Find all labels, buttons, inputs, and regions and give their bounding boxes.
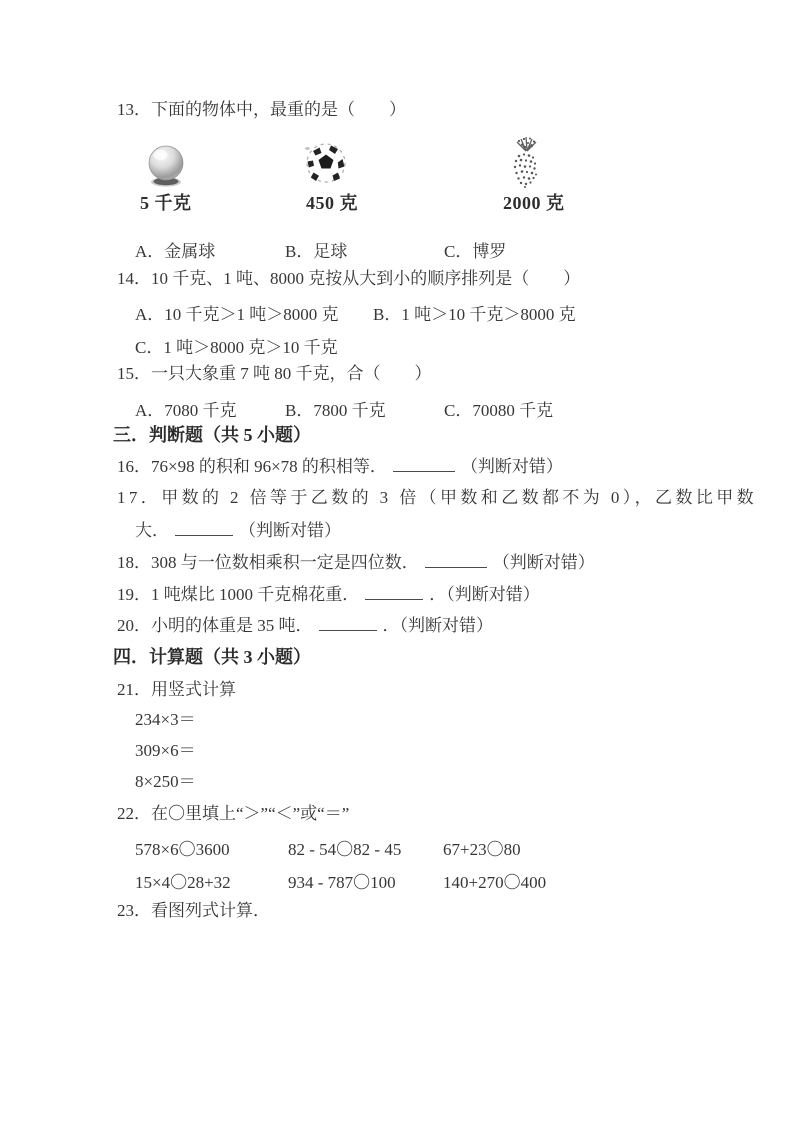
q21-stem: 21．用竖式计算: [117, 679, 236, 700]
q13-stem: 13．下面的物体中，最重的是（ ）: [117, 99, 406, 120]
q13-option-a: A．金属球: [135, 237, 215, 262]
q19-text: 19．1 吨煤比 1000 千克棉花重．: [117, 585, 359, 604]
q17-stem-line1: 17．甲数的 2 倍等于乙数的 3 倍（甲数和乙数都不为 0），乙数比甲数: [117, 487, 757, 508]
q22-stem: 22．在〇里填上“＞”“＜”或“＝”: [117, 803, 349, 824]
q22-item-6: 140+270〇400: [443, 868, 546, 893]
q17-stem-line2: 大．（判断对错）: [135, 520, 341, 541]
q15-option-c: C．70080 千克: [444, 396, 553, 421]
q19-stem: 19．1 吨煤比 1000 千克棉花重．．（判断对错）: [117, 584, 540, 605]
q14-stem: 14．10 千克、1 吨、8000 克按从大到小的顺序排列是（ ）: [117, 268, 580, 289]
q15-stem: 15．一只大象重 7 吨 80 千克，合（ ）: [117, 363, 432, 384]
q13-weight-label-1: 5 千克: [140, 193, 192, 214]
q20-answer-blank: [319, 616, 377, 631]
q21-expression-3: 8×250＝: [135, 771, 196, 792]
q18-stem: 18．308 与一位数相乘积一定是四位数．（判断对错）: [117, 552, 595, 573]
q17-answer-blank: [175, 521, 233, 536]
q15-option-a: A．7080 千克: [135, 396, 237, 421]
q16-text: 16．76×98 的积和 96×78 的积相等．: [117, 457, 387, 476]
q13-weight-label-2: 450 克: [306, 193, 358, 214]
q17-line2-text: 大．: [135, 521, 169, 540]
q14-option-c: C．1 吨＞8000 克＞10 千克: [135, 333, 338, 358]
q14-option-a: A．10 千克＞1 吨＞8000 克: [135, 300, 339, 325]
exam-page: 13．下面的物体中，最重的是（ ）: [0, 0, 793, 1122]
q20-suffix: ．（判断对错）: [383, 616, 494, 635]
q21-expression-1: 234×3＝: [135, 709, 196, 730]
q22-item-2: 82 - 54〇82 - 45: [288, 835, 401, 860]
q19-suffix: ．（判断对错）: [429, 585, 540, 604]
q21-expression-2: 309×6＝: [135, 740, 196, 761]
section-calc-title: 四．计算题（共 3 小题）: [113, 647, 311, 668]
q18-answer-blank: [425, 553, 487, 568]
q14-option-b: B．1 吨＞10 千克＞8000 克: [373, 300, 576, 325]
section-judge-title: 三．判断题（共 5 小题）: [113, 425, 311, 446]
q22-item-3: 67+23〇80: [443, 835, 521, 860]
q20-stem: 20．小明的体重是 35 吨．．（判断对错）: [117, 615, 493, 636]
q13-option-b: B．足球: [285, 237, 347, 262]
q16-suffix: （判断对错）: [461, 457, 563, 476]
metal-ball-icon: [147, 144, 185, 187]
q18-suffix: （判断对错）: [493, 553, 595, 572]
q22-item-4: 15×4〇28+32: [135, 868, 231, 893]
q19-answer-blank: [365, 585, 423, 600]
football-icon: [305, 142, 347, 184]
q13-option-c: C．博罗: [444, 237, 506, 262]
q17-suffix: （判断对错）: [239, 521, 341, 540]
q18-text: 18．308 与一位数相乘积一定是四位数．: [117, 553, 419, 572]
q23-stem: 23．看图列式计算．: [117, 900, 270, 921]
q22-item-5: 934 - 787〇100: [288, 868, 396, 893]
q20-text: 20．小明的体重是 35 吨．: [117, 616, 313, 635]
q15-option-b: B．7800 千克: [285, 396, 386, 421]
scan-speck: [305, 147, 310, 150]
q16-stem: 16．76×98 的积和 96×78 的积相等．（判断对错）: [117, 456, 563, 477]
q13-weight-label-3: 2000 克: [503, 193, 565, 214]
q16-answer-blank: [393, 457, 455, 472]
pineapple-icon: [508, 136, 546, 190]
q22-item-1: 578×6〇3600: [135, 835, 230, 860]
